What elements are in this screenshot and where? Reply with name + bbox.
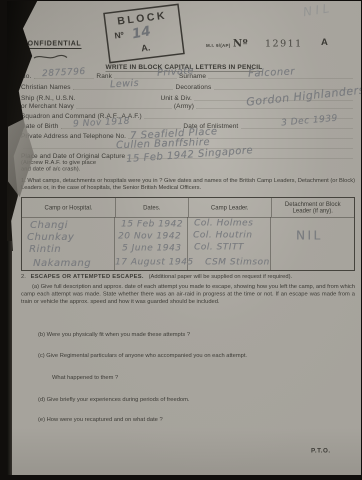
capture-label-line3: and date of a/c crash). [21,166,81,172]
question-2c-text: (c) Give Regimental particulars of anyon… [21,352,355,360]
camp-row-1-date: 15 Feb 1942 [121,219,183,230]
stamp-no-label: Nº [114,30,124,41]
ship-label-line2: or Merchant Navy [21,102,74,110]
camp-row-2-date: 20 Nov 1942 [118,231,181,242]
handwritten-christian-names: Lewis [110,77,140,90]
question-2e-text: (e) How were you recaptured and on what … [21,416,355,424]
camp-row-3-leader: Col. STITT [194,242,244,253]
form-reference: M.I. 9/(AP) [206,43,231,48]
camp-row-2-leader: Col. Houtrin [193,230,252,241]
date-of-birth-label: Date of Birth [21,122,58,130]
question-2d-text: (d) Give briefly your experiences during… [21,396,355,404]
unit-div-label: Unit & Div. [161,94,192,102]
stamp-series-letter: A. [141,42,151,54]
capture-label-line2: (Aircrew R.A.F. to give place [21,160,96,166]
serial-no-label: Nº [233,37,248,49]
ship-label-line1: Ship (R.N., U.S.N. [21,94,76,102]
capture-label-line1: Place and Date of Original Capture [21,152,125,160]
private-address-label: Private Address and Telephone No. [21,132,126,140]
camp-row-4-name: Nakamang [33,257,91,269]
decorations-label: Decorations [176,83,212,91]
header-dates: Dates. [116,198,189,217]
row-ship2-army: or Merchant Navy (Army) [21,102,355,110]
question-2b-text: (b) Were you physically fit when you mad… [21,331,355,339]
camp-row-3-date: 5 June 1943 [122,243,181,254]
block-number-stamp: BLOCK Nº 14 A. [103,4,185,64]
question-2-title: 2. ESCAPES OR ATTEMPTED ESCAPES. (Additi… [21,273,355,281]
christian-names-label: Christian Names [21,83,71,91]
ink-mark [33,53,68,61]
pto-marking: P.T.O. [311,447,331,454]
camp-row-2-name: Chunkay [27,231,74,243]
camps-table-header: Camp or Hospital. Dates. Camp Leader. De… [22,198,354,218]
series-letter: A [321,37,328,48]
question-1-text: 1. What camps, detachments or hospitals … [21,177,355,191]
question-2a-text: (a) Give full description and approx. da… [21,283,355,306]
form-content: CONFIDENTIAL BLOCK Nº 14 A. M.I. 9/(AP) … [7,1,361,475]
header-detachment-leader: Detachment or Block Leader (if any). [272,198,355,217]
stamp-number-handwritten: 14 [130,23,151,42]
detachment-nil-entry: NIL [296,229,323,243]
header-camp-or-hospital: Camp or Hospital. [22,198,116,217]
camp-row-1-leader: Col. Holmes [194,218,253,229]
scanned-pow-form: CONFIDENTIAL BLOCK Nº 14 A. M.I. 9/(AP) … [0,0,362,480]
camps-table: Camp or Hospital. Dates. Camp Leader. De… [21,197,355,271]
camp-row-4-leader: CSM Stimson [205,257,270,268]
serial-number: 12911 [265,38,303,49]
row-capture2: (Aircrew R.A.F. to give place [21,160,355,166]
camp-row-4-date: 17 August 1945 [115,257,194,268]
handwritten-surname: Falconer [248,65,295,79]
q2-title-note: (Additional paper will be supplied on re… [149,274,293,280]
header-camp-leader: Camp Leader. [189,198,272,217]
nil-pencil-note: NIL [302,1,334,19]
army-label: (Army) [174,102,194,110]
table-divider [271,218,272,271]
question-2c-followup: What happened to them ? [21,374,355,382]
q2-title-main: ESCAPES OR ATTEMPTED ESCAPES. [31,274,144,280]
dark-left-edge [7,241,12,475]
q2-number: 2. [21,274,26,280]
camp-row-3-name: Rintin [29,243,61,255]
paper-sheet: CONFIDENTIAL BLOCK Nº 14 A. M.I. 9/(AP) … [7,1,361,475]
camps-table-body: Changi 15 Feb 1942 Col. Holmes Chunkay 2… [22,218,354,271]
camp-row-1-name: Changi [30,219,68,231]
row-capture3: and date of a/c crash). [21,166,355,172]
stamp-number-line: Nº 14 [114,27,151,44]
confidential-marking: CONFIDENTIAL [22,39,81,49]
ship-line [76,102,171,109]
